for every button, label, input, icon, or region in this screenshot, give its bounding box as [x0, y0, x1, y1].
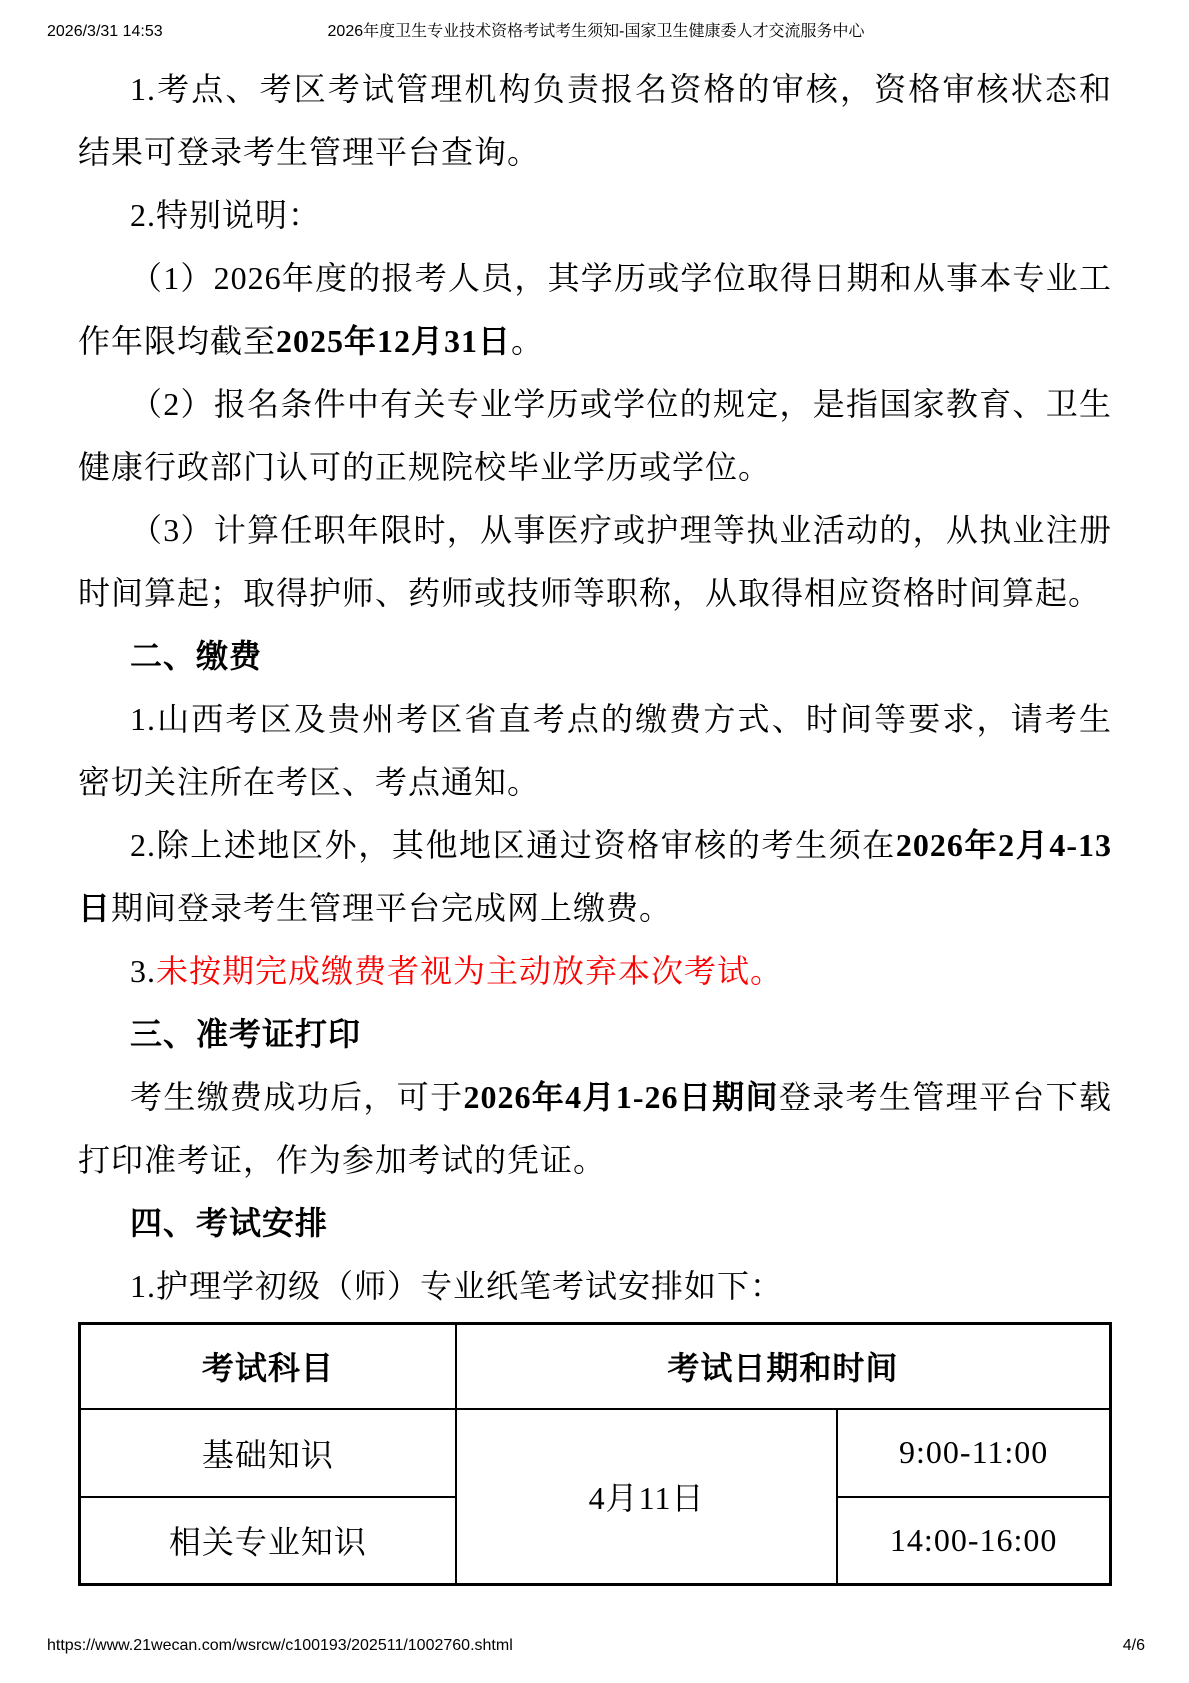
printed-document-page: 2026/3/31 14:53 2026年度卫生专业技术资格考试考生须知-国家卫… — [0, 0, 1189, 1683]
print-header: 2026/3/31 14:53 2026年度卫生专业技术资格考试考生须知-国家卫… — [47, 22, 1145, 42]
exam-schedule-table: 考试科目 考试日期和时间 基础知识 4月11日 9:00-11:00 相关专业知… — [78, 1322, 1112, 1586]
table-row: 基础知识 4月11日 9:00-11:00 — [80, 1409, 1111, 1497]
page-number: 4/6 — [1123, 1636, 1145, 1656]
cell-time-morning: 9:00-11:00 — [837, 1409, 1110, 1497]
print-timestamp: 2026/3/31 14:53 — [47, 22, 163, 42]
red-warning-text: 未按期完成缴费者视为主动放弃本次考试。 — [156, 953, 783, 989]
text-segment: 期间登录考生管理平台完成网上缴费。 — [111, 890, 672, 926]
text-segment: 3. — [130, 953, 156, 989]
cell-exam-date: 4月11日 — [456, 1409, 837, 1585]
text-segment: （1）2026年度的报考人员，其学历或学位取得日期和从事本专业工作年限均截至 — [78, 260, 1112, 359]
bold-ticket-dates: 2026年4月1-26日期间 — [463, 1079, 778, 1115]
paragraph-payment-1: 1.山西考区及贵州考区省直考点的缴费方式、时间等要求，请考生密切关注所在考区、考… — [78, 688, 1112, 814]
cell-subject-related-professional: 相关专业知识 — [80, 1497, 456, 1585]
document-body: 1.考点、考区考试管理机构负责报名资格的审核，资格审核状态和结果可登录考生管理平… — [78, 58, 1112, 1586]
table-header-row: 考试科目 考试日期和时间 — [80, 1324, 1111, 1409]
paragraph-special-note: 2.特别说明： — [78, 184, 1112, 247]
text-segment: 考生缴费成功后，可于 — [130, 1079, 463, 1115]
text-segment: 。 — [511, 323, 544, 359]
cell-time-afternoon: 14:00-16:00 — [837, 1497, 1110, 1585]
section-heading-payment: 二、缴费 — [78, 625, 1112, 688]
column-header-subject: 考试科目 — [80, 1324, 456, 1409]
paragraph-note-2: （2）报名条件中有关专业学历或学位的规定，是指国家教育、卫生健康行政部门认可的正… — [78, 373, 1112, 499]
paragraph-note-1: （1）2026年度的报考人员，其学历或学位取得日期和从事本专业工作年限均截至20… — [78, 247, 1112, 373]
paragraph-note-3: （3）计算任职年限时，从事医疗或护理等执业活动的，从执业注册时间算起；取得护师、… — [78, 499, 1112, 625]
paragraph-schedule-intro: 1.护理学初级（师）专业纸笔考试安排如下： — [78, 1255, 1112, 1318]
paragraph-payment-3: 3.未按期完成缴费者视为主动放弃本次考试。 — [78, 940, 1112, 1003]
section-heading-exam-schedule: 四、考试安排 — [78, 1192, 1112, 1255]
paragraph-payment-2: 2.除上述地区外，其他地区通过资格审核的考生须在2026年2月4-13日期间登录… — [78, 814, 1112, 940]
paragraph-admission-ticket: 考生缴费成功后，可于2026年4月1-26日期间登录考生管理平台下载打印准考证，… — [78, 1066, 1112, 1192]
bold-deadline-date: 2025年12月31日 — [276, 323, 511, 359]
paragraph-qualification-review: 1.考点、考区考试管理机构负责报名资格的审核，资格审核状态和结果可登录考生管理平… — [78, 58, 1112, 184]
section-heading-admission-ticket: 三、准考证打印 — [78, 1003, 1112, 1066]
document-title: 2026年度卫生专业技术资格考试考生须知-国家卫生健康委人才交流服务中心 — [47, 22, 1145, 42]
cell-subject-basic-knowledge: 基础知识 — [80, 1409, 456, 1497]
column-header-datetime: 考试日期和时间 — [456, 1324, 1111, 1409]
text-segment: 2.除上述地区外，其他地区通过资格审核的考生须在 — [130, 827, 896, 863]
source-url: https://www.21wecan.com/wsrcw/c100193/20… — [47, 1636, 513, 1656]
